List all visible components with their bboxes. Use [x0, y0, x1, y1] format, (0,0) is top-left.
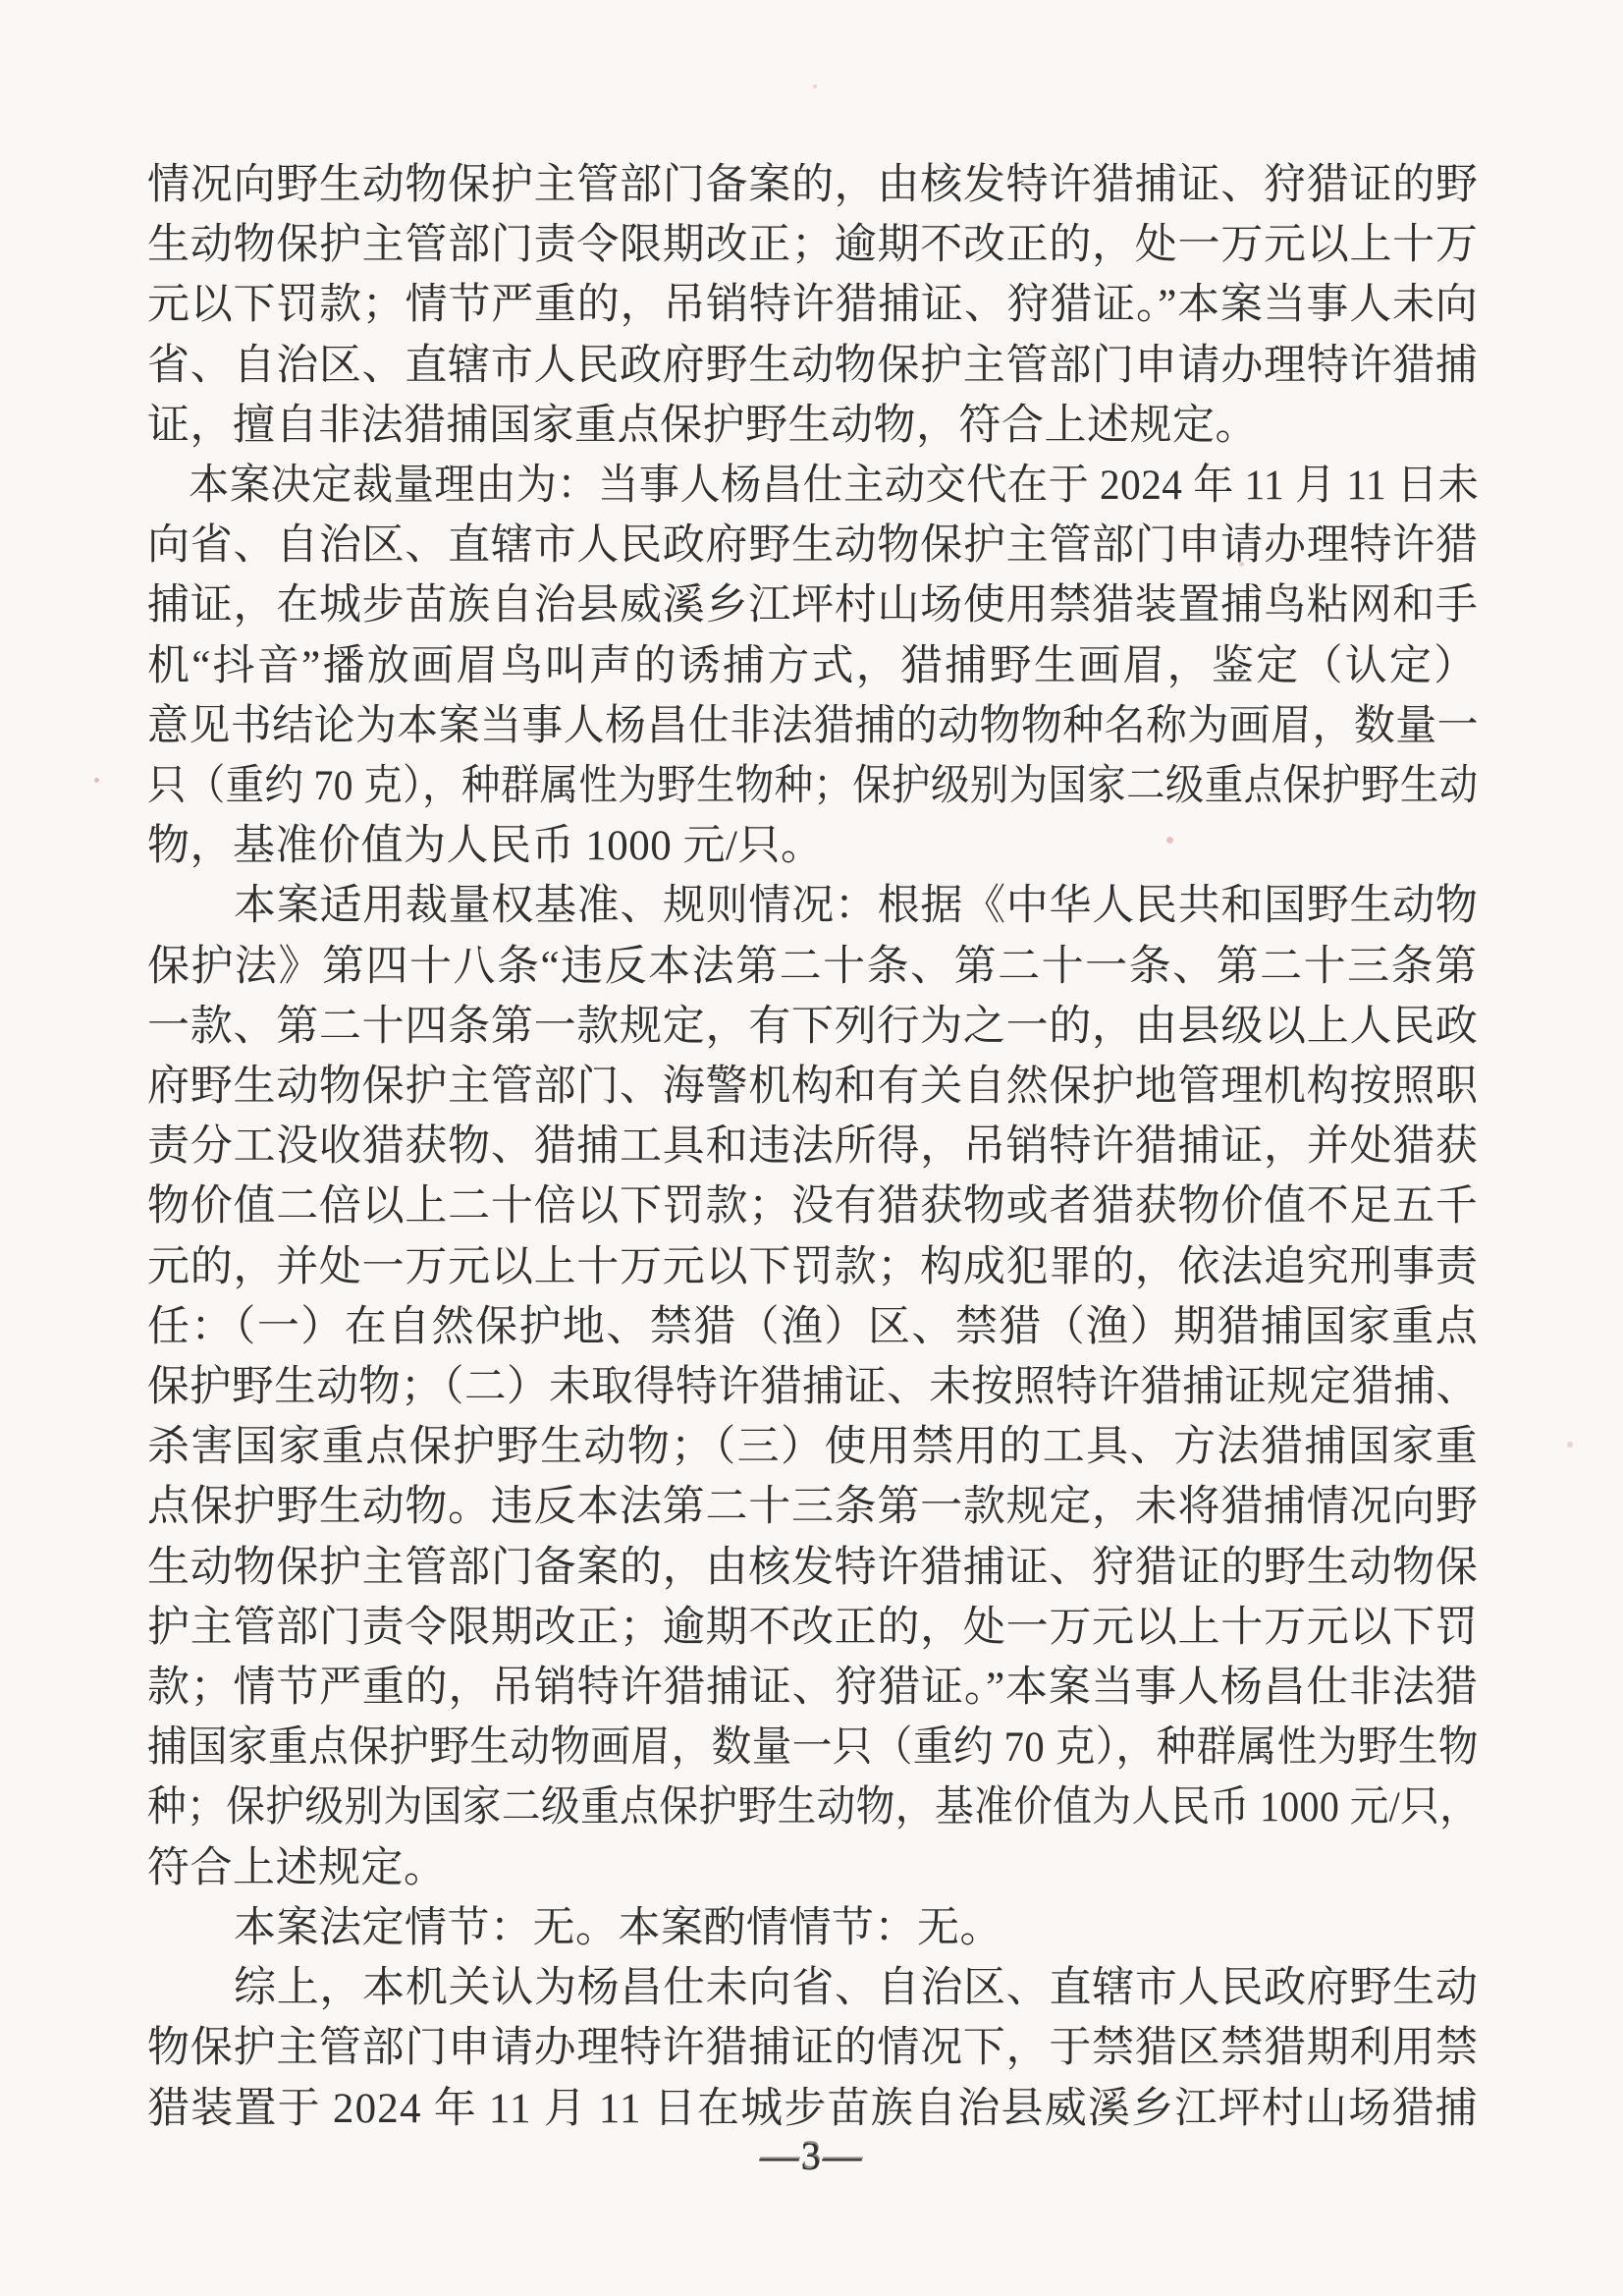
document-line: 物，基准价值为人民币 1000 元/只。: [147, 816, 823, 876]
page-footer: —3—: [0, 2133, 1623, 2179]
document-line: 生动物保护主管部门备案的，由核发特许猎捕证、狩猎证的野生动物保: [147, 1538, 1479, 1598]
document-line: 元的，并处一万元以上十万元以下罚款；构成犯罪的，依法追究刑事责: [147, 1237, 1479, 1297]
document-line: 杀害国家重点保护野生动物；（三）使用禁用的工具、方法猎捕国家重: [147, 1417, 1479, 1477]
document-line: 护主管部门责令限期改正；逾期不改正的，处一万元以上十万元以下罚: [147, 1598, 1479, 1658]
document-line: 向省、自治区、直辖市人民政府野生动物保护主管部门申请办理特许猎: [147, 516, 1479, 575]
document-line: 本案适用裁量权基准、规则情况：根据《中华人民共和国野生动物: [147, 876, 1479, 936]
document-line: 生动物保护主管部门责令限期改正；逾期不改正的，处一万元以上十万: [147, 215, 1479, 275]
document-line: 保护野生动物；（二）未取得特许猎捕证、未按照特许猎捕证规定猎捕、: [147, 1357, 1479, 1417]
document-line: 本案法定情节：无。本案酌情情节：无。: [147, 1898, 1002, 1958]
document-line: 任：（一）在自然保护地、禁猎（渔）区、禁猎（渔）期猎捕国家重点: [147, 1297, 1479, 1357]
scan-speckle: [1567, 1442, 1573, 1448]
document-line: 意见书结论为本案当事人杨昌仕非法猎捕的动物物种名称为画眉，数量一: [147, 696, 1479, 756]
document-line: 只（重约 70 克），种群属性为野生物种；保护级别为国家二级重点保护野生动: [147, 756, 1479, 816]
scan-speckle: [813, 84, 817, 88]
document-line: 元以下罚款；情节严重的，吊销特许猎捕证、狩猎证。”本案当事人未向: [147, 275, 1479, 335]
page-number: —3—: [760, 2134, 864, 2178]
document-page: 情况向野生动物保护主管部门备案的，由核发特许猎捕证、狩猎证的野生动物保护主管部门…: [0, 0, 1623, 2296]
document-body: 情况向野生动物保护主管部门备案的，由核发特许猎捕证、狩猎证的野生动物保护主管部门…: [147, 155, 1479, 2139]
document-line: 一款、第二十四条第一款规定，有下列行为之一的，由县级以上人民政: [147, 997, 1479, 1057]
document-line: 综上，本机关认为杨昌仕未向省、自治区、直辖市人民政府野生动: [147, 1958, 1479, 2018]
document-line: 款；情节严重的，吊销特许猎捕证、狩猎证。”本案当事人杨昌仕非法猎: [147, 1658, 1479, 1718]
document-line: 情况向野生动物保护主管部门备案的，由核发特许猎捕证、狩猎证的野: [147, 155, 1479, 215]
document-line: 点保护野生动物。违反本法第二十三条第一款规定，未将猎捕情况向野: [147, 1477, 1479, 1537]
document-line: 捕证，在城步苗族自治县威溪乡江坪村山场使用禁猎装置捕鸟粘网和手: [147, 575, 1479, 635]
document-line: 符合上述规定。: [147, 1838, 447, 1898]
document-line: 保护法》第四十八条“违反本法第二十条、第二十一条、第二十三条第: [147, 937, 1479, 997]
document-line: 责分工没收猎获物、猎捕工具和违法所得，吊销特许猎捕证，并处猎获: [147, 1117, 1479, 1176]
document-line: 物价值二倍以上二十倍以下罚款；没有猎获物或者猎获物价值不足五千: [147, 1176, 1479, 1236]
document-line: 府野生动物保护主管部门、海警机构和有关自然保护地管理机构按照职: [147, 1057, 1479, 1117]
document-line: 猎装置于 2024 年 11 月 11 日在城步苗族自治县威溪乡江坪村山场猎捕: [147, 2079, 1479, 2139]
document-line: 种；保护级别为国家二级重点保护野生动物，基准价值为人民币 1000 元/只，: [147, 1777, 1479, 1837]
document-line: 省、自治区、直辖市人民政府野生动物保护主管部门申请办理特许猎捕: [147, 336, 1479, 396]
document-line: 机“抖音”播放画眉鸟叫声的诱捕方式，猎捕野生画眉，鉴定（认定）: [147, 636, 1479, 696]
document-line: 物保护主管部门申请办理特许猎捕证的情况下，于禁猎区禁猎期利用禁: [147, 2018, 1479, 2078]
document-line: 本案决定裁量理由为：当事人杨昌仕主动交代在于 2024 年 11 月 11 日未: [147, 456, 1479, 516]
scan-speckle: [94, 778, 99, 783]
document-line: 捕国家重点保护野生动物画眉，数量一只（重约 70 克），种群属性为野生物: [147, 1718, 1479, 1777]
document-line: 证，擅自非法猎捕国家重点保护野生动物，符合上述规定。: [147, 396, 1258, 456]
